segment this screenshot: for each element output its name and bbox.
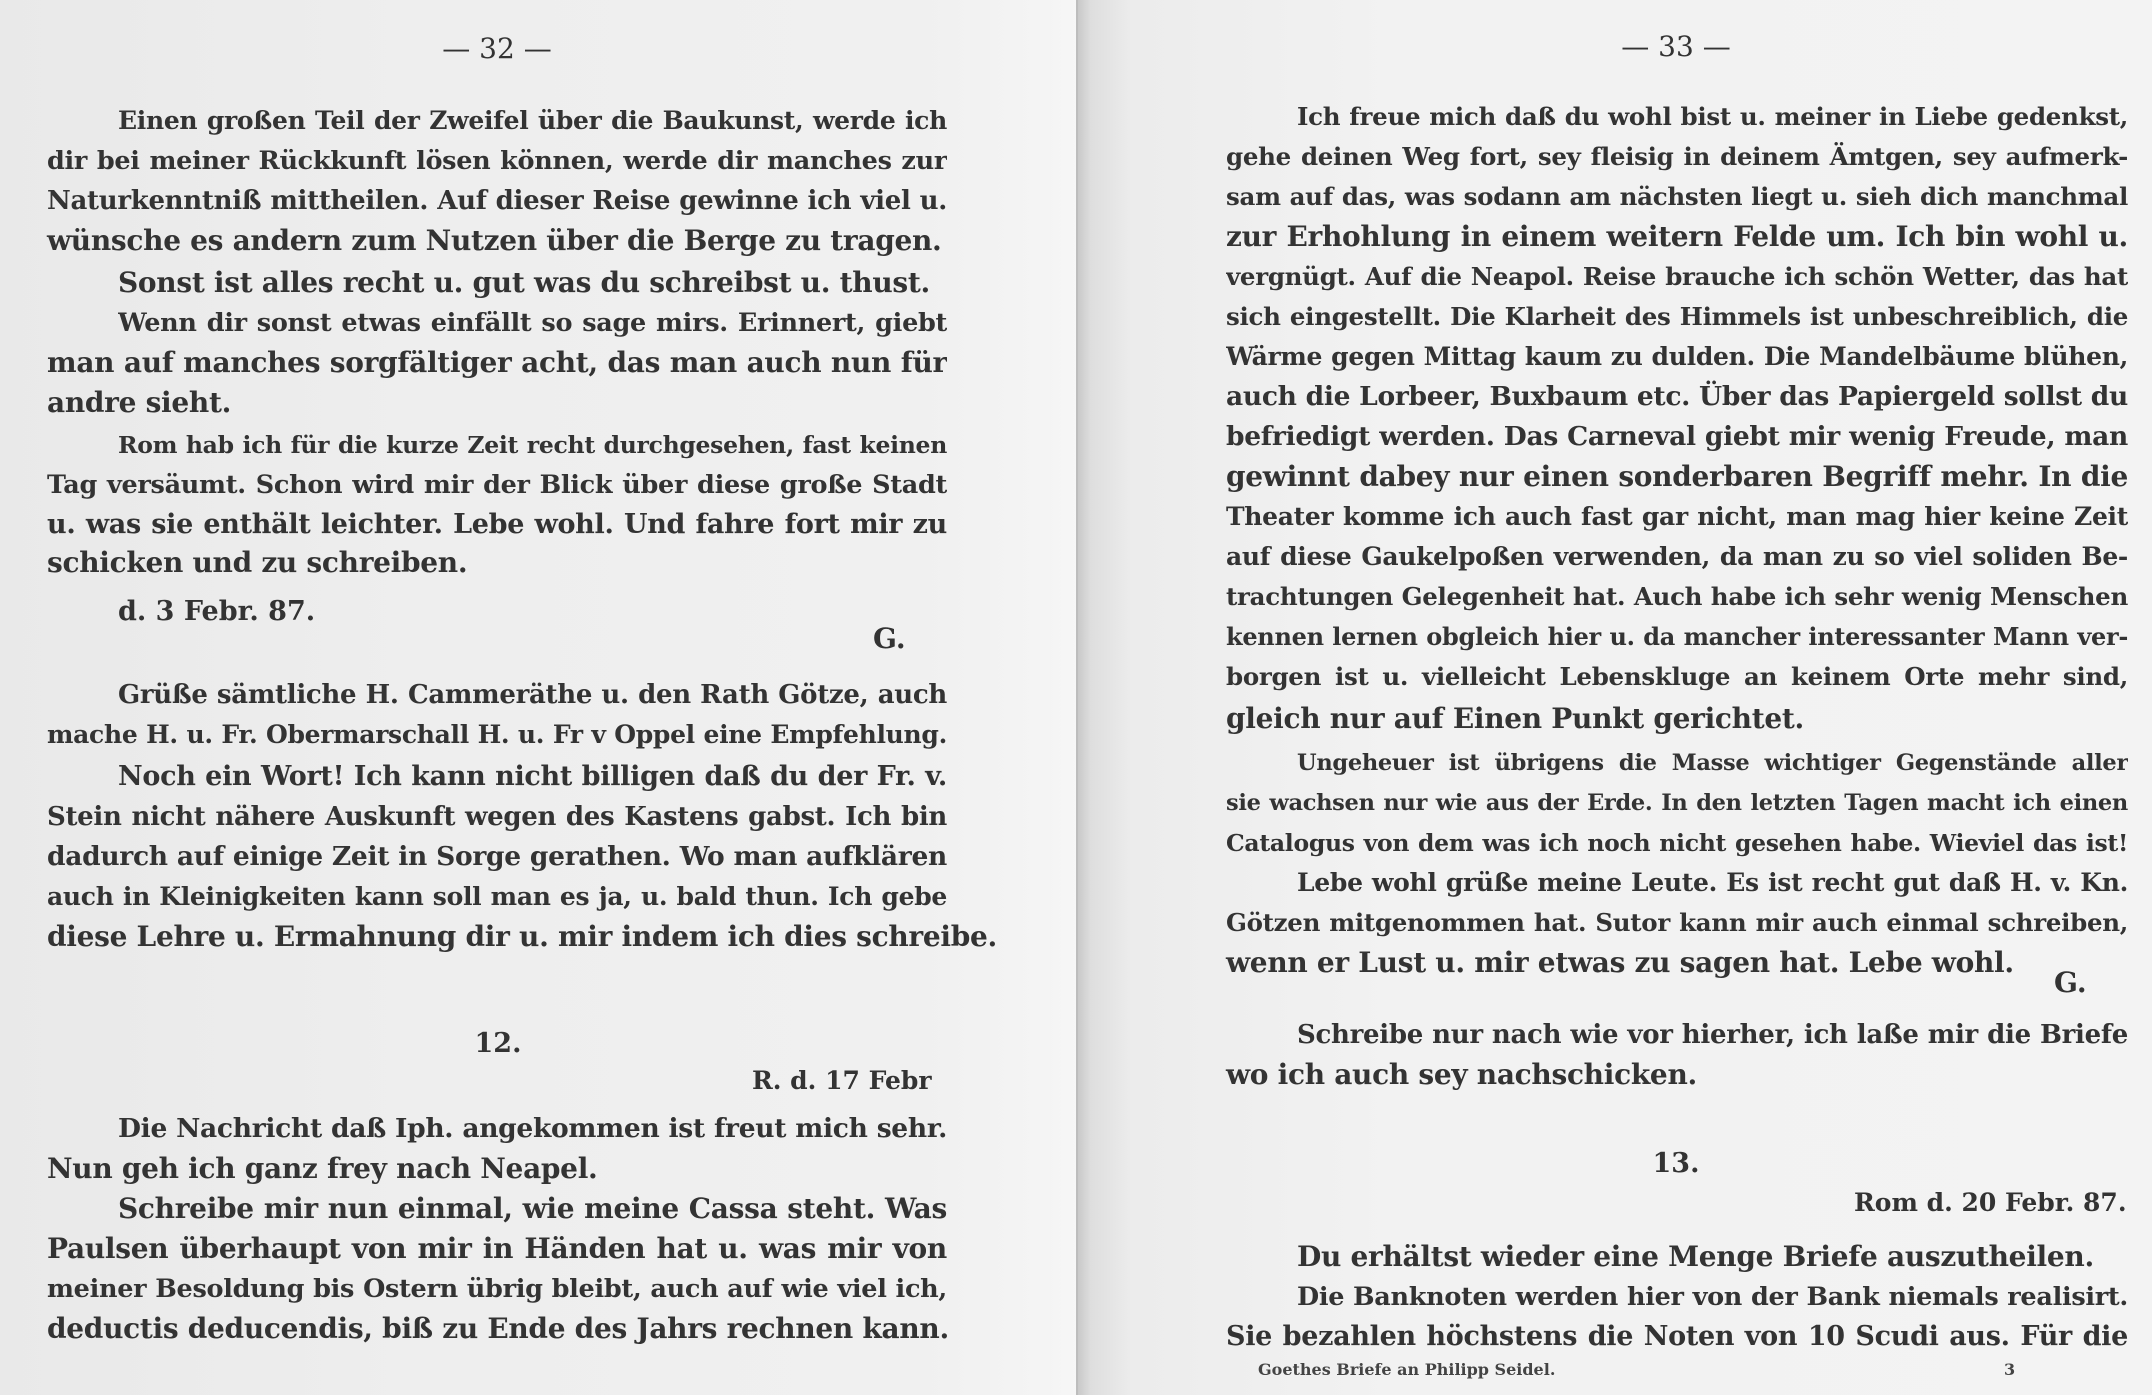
text-line: man auf manches sorgfältiger acht, das m…	[47, 346, 947, 380]
text-line: sam auf das, was sodann am nächsten lieg…	[1226, 180, 2128, 214]
text-line: Wenn dir sonst etwas einfällt so sage mi…	[118, 306, 947, 340]
text-line: befriedigt werden. Das Carneval giebt mi…	[1226, 420, 2128, 454]
text-line: borgen ist u. vielleicht Lebenskluge an …	[1226, 660, 2128, 694]
signature: G.	[2054, 966, 2087, 999]
text-line: diese Lehre u. Ermahnung dir u. mir inde…	[47, 920, 997, 954]
text-line: Ungeheuer ist übrigens die Masse wichtig…	[1297, 746, 2128, 780]
text-line: trachtungen Gelegenheit hat. Auch habe i…	[1226, 580, 2128, 614]
text-line: Sonst ist alles recht u. gut was du schr…	[118, 266, 930, 300]
text-line: Schreibe mir nun einmal, wie meine Cassa…	[118, 1192, 947, 1226]
letter-number: 13.	[1626, 1148, 1726, 1179]
text-line: vergnügt. Auf die Neapol. Reise brauche …	[1226, 260, 2128, 294]
text-line: auch in Kleinigkeiten kann soll man es j…	[47, 880, 947, 914]
text-line: Schreibe nur nach wie vor hierher, ich l…	[1297, 1018, 2128, 1052]
footer-signature-mark: 3	[2004, 1360, 2015, 1379]
text-line: meiner Besoldung bis Ostern übrig bleibt…	[47, 1272, 947, 1306]
text-line: auch die Lorbeer, Buxbaum etc. Über das …	[1226, 380, 2128, 414]
text-line: Tag versäumt. Schon wird mir der Blick ü…	[47, 468, 947, 502]
page-number: — 33 —	[1576, 30, 1776, 64]
text-line: gleich nur auf Einen Punkt gerichtet.	[1226, 702, 1804, 736]
text-line: Theater komme ich auch fast gar nicht, m…	[1226, 500, 2128, 534]
text-line: Wärme gegen Mittag kaum zu dulden. Die M…	[1226, 340, 2128, 374]
text-line: Catalogus von dem was ich noch nicht ges…	[1226, 826, 2128, 860]
text-line: sie wachsen nur wie aus der Erde. In den…	[1226, 786, 2128, 820]
letter-number: 12.	[448, 1028, 548, 1059]
text-line: Einen großen Teil der Zweifel über die B…	[118, 104, 947, 138]
text-line: u. was sie enthält leichter. Lebe wohl. …	[47, 508, 947, 542]
text-line: Sie bezahlen höchstens die Noten von 10 …	[1226, 1320, 2128, 1354]
text-line: Die Banknoten werden hier von der Bank n…	[1297, 1280, 2128, 1314]
text-line: Nun geh ich ganz frey nach Neapel.	[47, 1152, 597, 1186]
footer-book-title: Goethes Briefe an Philipp Seidel.	[1258, 1360, 1555, 1379]
text-line: mache H. u. Fr. Obermarschall H. u. Fr v…	[47, 718, 947, 752]
text-line: zur Erhohlung in einem weitern Felde um.…	[1226, 220, 2128, 254]
text-line: schicken und zu schreiben.	[47, 546, 467, 580]
text-line: Ich freue mich daß du wohl bist u. meine…	[1297, 100, 2128, 134]
letter-dateline: Rom d. 20 Febr. 87.	[1854, 1188, 2127, 1217]
text-line: Die Nachricht daß Iph. angekommen ist fr…	[118, 1112, 947, 1146]
text-line: Naturkenntniß mittheilen. Auf dieser Rei…	[47, 184, 947, 218]
text-line: dir bei meiner Rückkunft lösen können, w…	[47, 144, 947, 178]
text-line: deductis deducendis, biß zu Ende des Jah…	[47, 1312, 949, 1346]
text-line: Du erhältst wieder eine Menge Briefe aus…	[1297, 1240, 2094, 1274]
text-line: Paulsen überhaupt von mir in Händen hat …	[47, 1232, 947, 1266]
text-line: dadurch auf einige Zeit in Sorge gerathe…	[47, 840, 947, 874]
text-line: andre sieht.	[47, 386, 231, 420]
text-line: gewinnt dabey nur einen sonderbaren Begr…	[1226, 460, 2128, 494]
right-page: — 33 — Ich freue mich daß du wohl bist u…	[1078, 0, 2152, 1395]
text-line: wünsche es andern zum Nutzen über die Be…	[47, 224, 942, 258]
text-line: Götzen mitgenommen hat. Sutor kann mir a…	[1226, 906, 2128, 940]
text-line: kennen lernen obgleich hier u. da manche…	[1226, 620, 2128, 654]
text-line: gehe deinen Weg fort, sey fleisig in dei…	[1226, 140, 2128, 174]
page-number: — 32 —	[397, 32, 597, 66]
text-line: wenn er Lust u. mir etwas zu sagen hat. …	[1226, 946, 2014, 980]
text-line: Stein nicht nähere Auskunft wegen des Ka…	[47, 800, 947, 834]
text-line: Rom hab ich für die kurze Zeit recht dur…	[118, 428, 947, 462]
text-line: wo ich auch sey nachschicken.	[1226, 1058, 1697, 1092]
letter-dateline: R. d. 17 Febr	[752, 1066, 932, 1095]
letter-date: d. 3 Febr. 87.	[118, 596, 315, 627]
left-page: — 32 — Einen großen Teil der Zweifel übe…	[0, 0, 1078, 1395]
text-line: auf diese Gaukelpoßen verwenden, da man …	[1226, 540, 2128, 574]
text-line: Lebe wohl grüße meine Leute. Es ist rech…	[1297, 866, 2128, 900]
text-line: Grüße sämtliche H. Cammeräthe u. den Rat…	[118, 678, 947, 712]
text-line: Noch ein Wort! Ich kann nicht billigen d…	[118, 760, 947, 794]
signature: G.	[873, 622, 906, 655]
text-line: sich eingestellt. Die Klarheit des Himme…	[1226, 300, 2128, 334]
